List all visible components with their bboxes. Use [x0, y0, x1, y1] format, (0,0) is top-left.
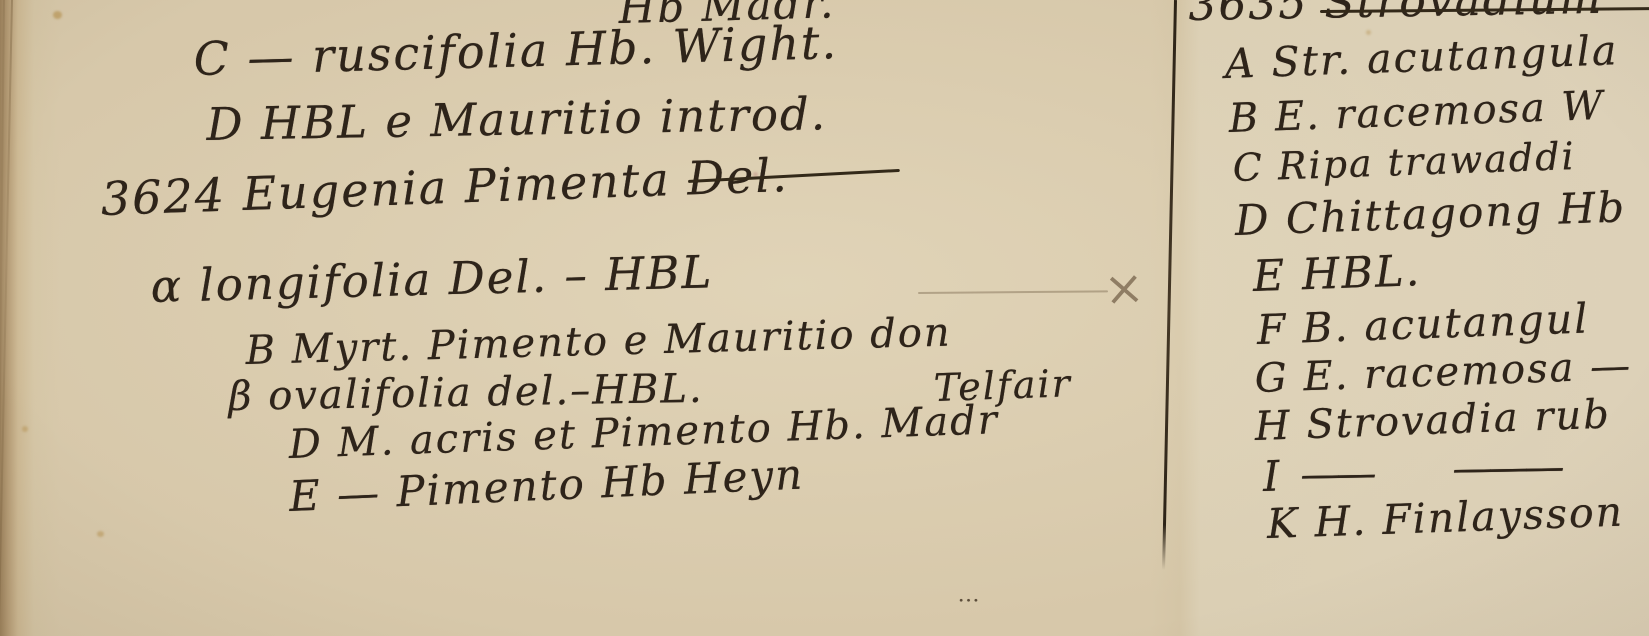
handwritten-line: D Chittagong Hb	[1234, 182, 1627, 245]
ditto-mark: ———	[1452, 444, 1561, 492]
foxing-spot	[97, 531, 104, 537]
handwritten-line: B E. racemosa W	[1228, 83, 1605, 142]
foxing-spot	[53, 11, 62, 19]
footer-dots: ···	[958, 588, 980, 612]
x-mark: ×	[1102, 259, 1148, 318]
handwritten-line: C Ripa trawaddi	[1232, 134, 1576, 190]
ditto-mark: ——	[1300, 451, 1373, 498]
handwritten-line: B Myrt. Pimento e Mauritio don	[245, 310, 952, 374]
pencil-line	[918, 290, 1108, 293]
foxing-spot	[22, 426, 28, 432]
handwritten-line: H Strovadia rub	[1254, 392, 1612, 450]
handwritten-line: D HBL e Mauritio introd.	[206, 87, 827, 151]
handwritten-line entry-number-line: 3624 Eugenia Pimenta Del.	[100, 148, 790, 226]
handwritten-line: α longifolia Del. – HBL	[150, 245, 714, 313]
handwritten-line: A Str. acutangula	[1224, 26, 1619, 88]
manuscript-photo: Hb Madr. C — ruscifolia Hb. Wight. D HBL…	[0, 0, 1649, 636]
page-divider-line	[1162, 0, 1177, 570]
handwritten-line: E HBL.	[1252, 246, 1422, 302]
handwritten-line: C — ruscifolia Hb. Wight.	[193, 15, 839, 86]
handwritten-line: I	[1262, 451, 1282, 501]
handwritten-line entry-number-line: 3635 Strovadium	[1188, 0, 1604, 31]
